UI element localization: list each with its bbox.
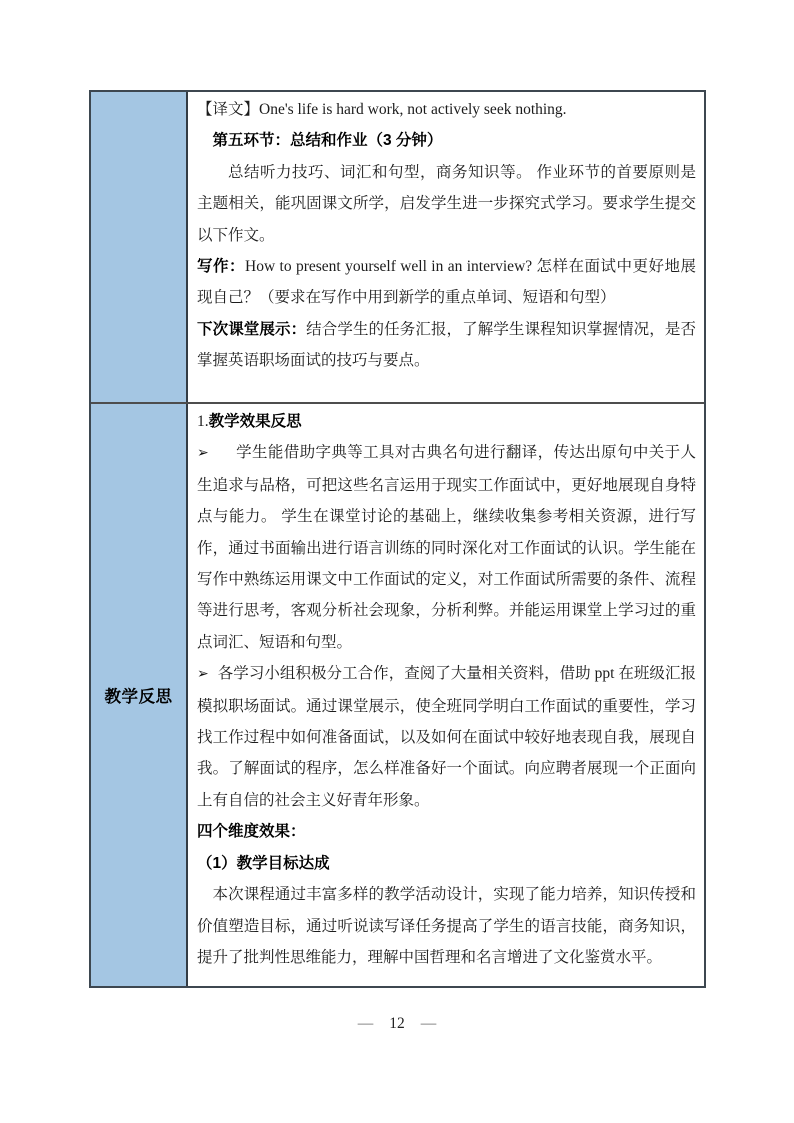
goal-achievement-heading: （1）教学目标达成: [197, 848, 696, 879]
bullet-item-1: ➢学生能借助字典等工具对古典名句进行翻译，传达出原句中关于人生追求与品格，可把这…: [197, 437, 696, 658]
table-row-teaching-reflection: 教学反思 1.教学效果反思 ➢学生能借助字典等工具对古典名句进行翻译，传达出原句…: [91, 404, 704, 986]
next-class-label: 下次课堂展示：: [197, 321, 306, 338]
goal-paragraph-text: 本次课程通过丰富多样的教学活动设计，实现了能力培养，知识传授和价值塑造目标，通过…: [197, 886, 696, 966]
four-dimensions-heading: 四个维度效果：: [197, 816, 696, 847]
arrow-bullet-icon: ➢: [197, 666, 209, 682]
writing-text: How to present yourself well in an inter…: [197, 258, 696, 306]
footer-left-dash: —: [358, 1015, 374, 1032]
section5-heading-text: 第五环节：总结和作业（3 分钟）: [213, 132, 443, 149]
summary-text: 总结听力技巧、词汇和句型，商务知识等。 作业环节的首要原则是主题相关，能巩固课文…: [197, 164, 696, 244]
writing-label: 写作：: [197, 258, 245, 275]
arrow-bullet-icon: ➢: [197, 445, 209, 461]
row2-content-cell: 1.教学效果反思 ➢学生能借助字典等工具对古典名句进行翻译，传达出原句中关于人生…: [188, 404, 704, 986]
next-class-paragraph: 下次课堂展示：结合学生的任务汇报，了解学生课程知识掌握情况，是否掌握英语职场面试…: [197, 314, 696, 377]
lesson-plan-table: 【译文】One's life is hard work, not activel…: [89, 90, 706, 988]
translation-line: 【译文】One's life is hard work, not activel…: [197, 94, 696, 125]
summary-paragraph: 总结听力技巧、词汇和句型，商务知识等。 作业环节的首要原则是主题相关，能巩固课文…: [197, 157, 696, 251]
row1-label-cell-empty: [91, 92, 188, 402]
bullet2-text: 各学习小组积极分工合作，查阅了大量相关资料，借助 ppt 在班级汇报模拟职场面试…: [197, 665, 696, 809]
row1-content-cell: 【译文】One's life is hard work, not activel…: [188, 92, 704, 402]
row2-label-cell: 教学反思: [91, 404, 188, 986]
document-page: 【译文】One's life is hard work, not activel…: [0, 0, 794, 1123]
effect-heading-number: 1.: [197, 413, 209, 430]
page-footer: —12—: [0, 1015, 794, 1033]
bullet1-text: 学生能借助字典等工具对古典名句进行翻译，传达出原句中关于人生追求与品格，可把这些…: [197, 444, 696, 650]
page-number: 12: [389, 1015, 405, 1032]
goal-achievement-paragraph: 本次课程通过丰富多样的教学活动设计，实现了能力培养，知识传授和价值塑造目标，通过…: [197, 879, 696, 973]
four-dimensions-text: 四个维度效果：: [197, 823, 306, 840]
translation-text: 【译文】One's life is hard work, not activel…: [197, 101, 567, 118]
bullet-item-2: ➢各学习小组积极分工合作，查阅了大量相关资料，借助 ppt 在班级汇报模拟职场面…: [197, 658, 696, 816]
writing-assignment-paragraph: 写作：How to present yourself well in an in…: [197, 251, 696, 314]
effect-reflection-heading: 1.教学效果反思: [197, 406, 696, 437]
goal-heading-text: （1）教学目标达成: [197, 855, 330, 872]
footer-right-dash: —: [421, 1015, 437, 1032]
row-label-teaching-reflection: 教学反思: [105, 683, 173, 707]
effect-heading-text: 教学效果反思: [209, 413, 302, 430]
table-row-summary-homework: 【译文】One's life is hard work, not activel…: [91, 92, 704, 404]
section5-heading: 第五环节：总结和作业（3 分钟）: [197, 125, 696, 156]
